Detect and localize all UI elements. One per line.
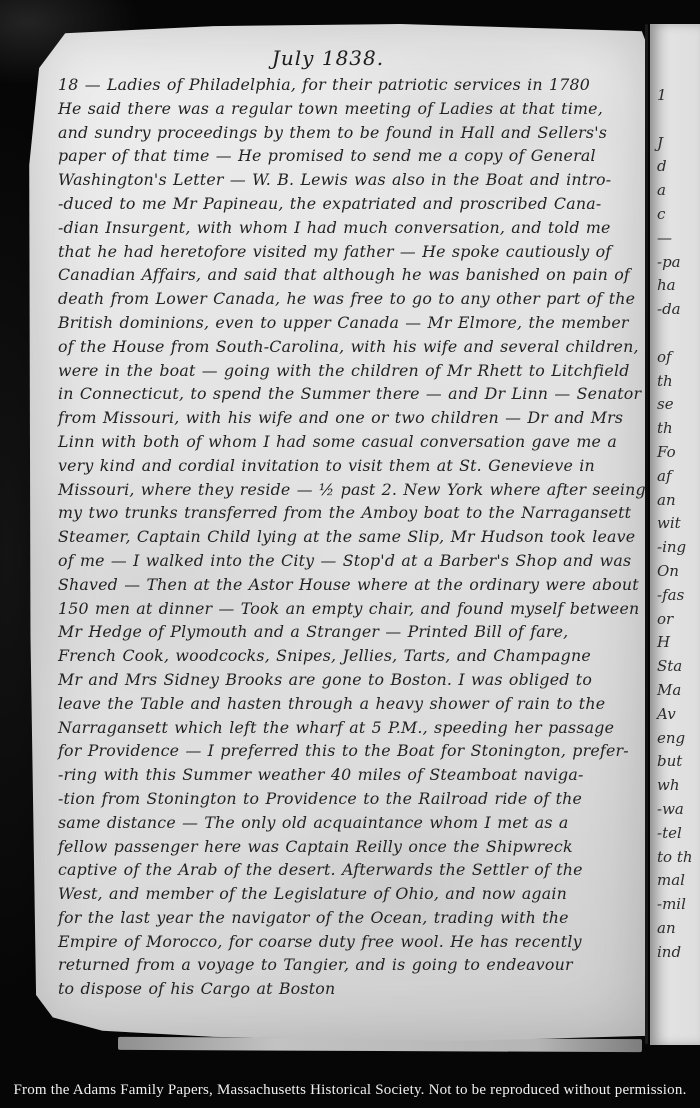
scanned-photo: July 1838. 18 — Ladies of Philadelphia, … [0, 0, 700, 1108]
next-page-fragment: wh [657, 776, 693, 800]
manuscript-line: very kind and cordial invitation to visi… [58, 454, 642, 478]
next-page-fragment: eng [657, 729, 693, 753]
next-page-fragment: Sta [657, 657, 693, 681]
manuscript-line: 150 men at dinner — Took an empty chair,… [58, 597, 642, 621]
manuscript-line: Canadian Affairs, and said that although… [58, 263, 642, 287]
next-page-fragment [657, 110, 693, 134]
manuscript-line: Shaved — Then at the Astor House where a… [58, 573, 642, 597]
next-page-fragment: mal [657, 871, 693, 895]
manuscript-line: West, and member of the Legislature of O… [58, 882, 642, 906]
next-page-fragment: Av [657, 705, 693, 729]
next-page-fragment: or [657, 610, 693, 634]
next-page-fragment: On [657, 562, 693, 586]
next-page-fragment: -mil [657, 895, 693, 919]
manuscript-line: -duced to me Mr Papineau, the expatriate… [58, 192, 642, 216]
manuscript-line: -ring with this Summer weather 40 miles … [58, 763, 642, 787]
next-page-fragment: Ma [657, 681, 693, 705]
next-page-fragment: of [657, 348, 693, 372]
next-page-fragment: -fas [657, 586, 693, 610]
manuscript-line: captive of the Arab of the desert. After… [58, 858, 642, 882]
manuscript-line: paper of that time — He promised to send… [58, 144, 642, 168]
manuscript-line: of the House from South-Carolina, with h… [58, 335, 642, 359]
next-page-fragment: -wa [657, 800, 693, 824]
manuscript-line: Narragansett which left the wharf at 5 P… [58, 716, 642, 740]
manuscript-line: death from Lower Canada, he was free to … [58, 287, 642, 311]
next-page-fragment: an [657, 919, 693, 943]
next-page-fragment: but [657, 752, 693, 776]
next-page-fragment: J [657, 134, 693, 158]
next-page-fragment: wit [657, 514, 693, 538]
next-page-fragment: -ing [657, 538, 693, 562]
manuscript-line: of me — I walked into the City — Stop'd … [58, 549, 642, 573]
next-page-fragment: -da [657, 300, 693, 324]
next-page-fragment: an [657, 491, 693, 515]
manuscript-line: and sundry proceedings by them to be fou… [58, 121, 642, 145]
manuscript-line: Linn with both of whom I had some casual… [58, 430, 642, 454]
next-page-fragment: to th [657, 848, 693, 872]
manuscript-line: French Cook, woodcocks, Snipes, Jellies,… [58, 644, 642, 668]
manuscript-line: -tion from Stonington to Providence to t… [58, 787, 642, 811]
next-page-text-fragments: 1Jdac—-paha-daofthsethFoafanwit-ingOn-fa… [657, 86, 693, 966]
manuscript-line: fellow passenger here was Captain Reilly… [58, 835, 642, 859]
manuscript-line: for Providence — I preferred this to the… [58, 739, 642, 763]
manuscript-line: Empire of Morocco, for coarse duty free … [58, 930, 642, 954]
manuscript-line: Mr and Mrs Sidney Brooks are gone to Bos… [58, 668, 642, 692]
manuscript-line: Steamer, Captain Child lying at the same… [58, 525, 642, 549]
manuscript-line: He said there was a regular town meeting… [58, 97, 642, 121]
manuscript-line: were in the boat — going with the childr… [58, 359, 642, 383]
manuscript-line: for the last year the navigator of the O… [58, 906, 642, 930]
next-page-edge: 1Jdac—-paha-daofthsethFoafanwit-ingOn-fa… [650, 24, 700, 1045]
manuscript-line: British dominions, even to upper Canada … [58, 311, 642, 335]
next-page-fragment: Fo [657, 443, 693, 467]
next-page-fragment: -tel [657, 824, 693, 848]
next-page-fragment [657, 324, 693, 348]
page-gutter-line [645, 24, 648, 1044]
diary-entry-text: 18 — Ladies of Philadelphia, for their p… [58, 73, 642, 1001]
manuscript-line: returned from a voyage to Tangier, and i… [58, 953, 642, 977]
next-page-fragment: 1 [657, 86, 693, 110]
next-page-fragment: th [657, 419, 693, 443]
manuscript-line: Missouri, where they reside — ½ past 2. … [58, 478, 642, 502]
manuscript-line: -dian Insurgent, with whom I had much co… [58, 216, 642, 240]
manuscript-page: July 1838. 18 — Ladies of Philadelphia, … [28, 22, 648, 1044]
manuscript-line: my two trunks transferred from the Amboy… [58, 501, 642, 525]
manuscript-line: leave the Table and hasten through a hea… [58, 692, 642, 716]
next-page-fragment: d [657, 157, 693, 181]
manuscript-line: Mr Hedge of Plymouth and a Stranger — Pr… [58, 620, 642, 644]
next-page-fragment: — [657, 229, 693, 253]
page-title-date: July 1838. [18, 46, 638, 70]
manuscript-line: same distance — The only old acquaintanc… [58, 811, 642, 835]
next-page-fragment: H [657, 633, 693, 657]
manuscript-line: in Connecticut, to spend the Summer ther… [58, 382, 642, 406]
next-page-fragment: af [657, 467, 693, 491]
archive-credit-line: From the Adams Family Papers, Massachuse… [0, 1082, 700, 1099]
next-page-fragment: c [657, 205, 693, 229]
manuscript-line: that he had heretofore visited my father… [58, 240, 642, 264]
manuscript-line: from Missouri, with his wife and one or … [58, 406, 642, 430]
next-page-fragment: ha [657, 276, 693, 300]
next-page-fragment: a [657, 181, 693, 205]
next-page-fragment: ind [657, 943, 693, 967]
manuscript-line: Washington's Letter — W. B. Lewis was al… [58, 168, 642, 192]
next-page-fragment: -pa [657, 253, 693, 277]
next-page-fragment: th [657, 372, 693, 396]
manuscript-line: 18 — Ladies of Philadelphia, for their p… [58, 73, 642, 97]
next-page-fragment: se [657, 395, 693, 419]
manuscript-line: to dispose of his Cargo at Boston [58, 977, 642, 1001]
